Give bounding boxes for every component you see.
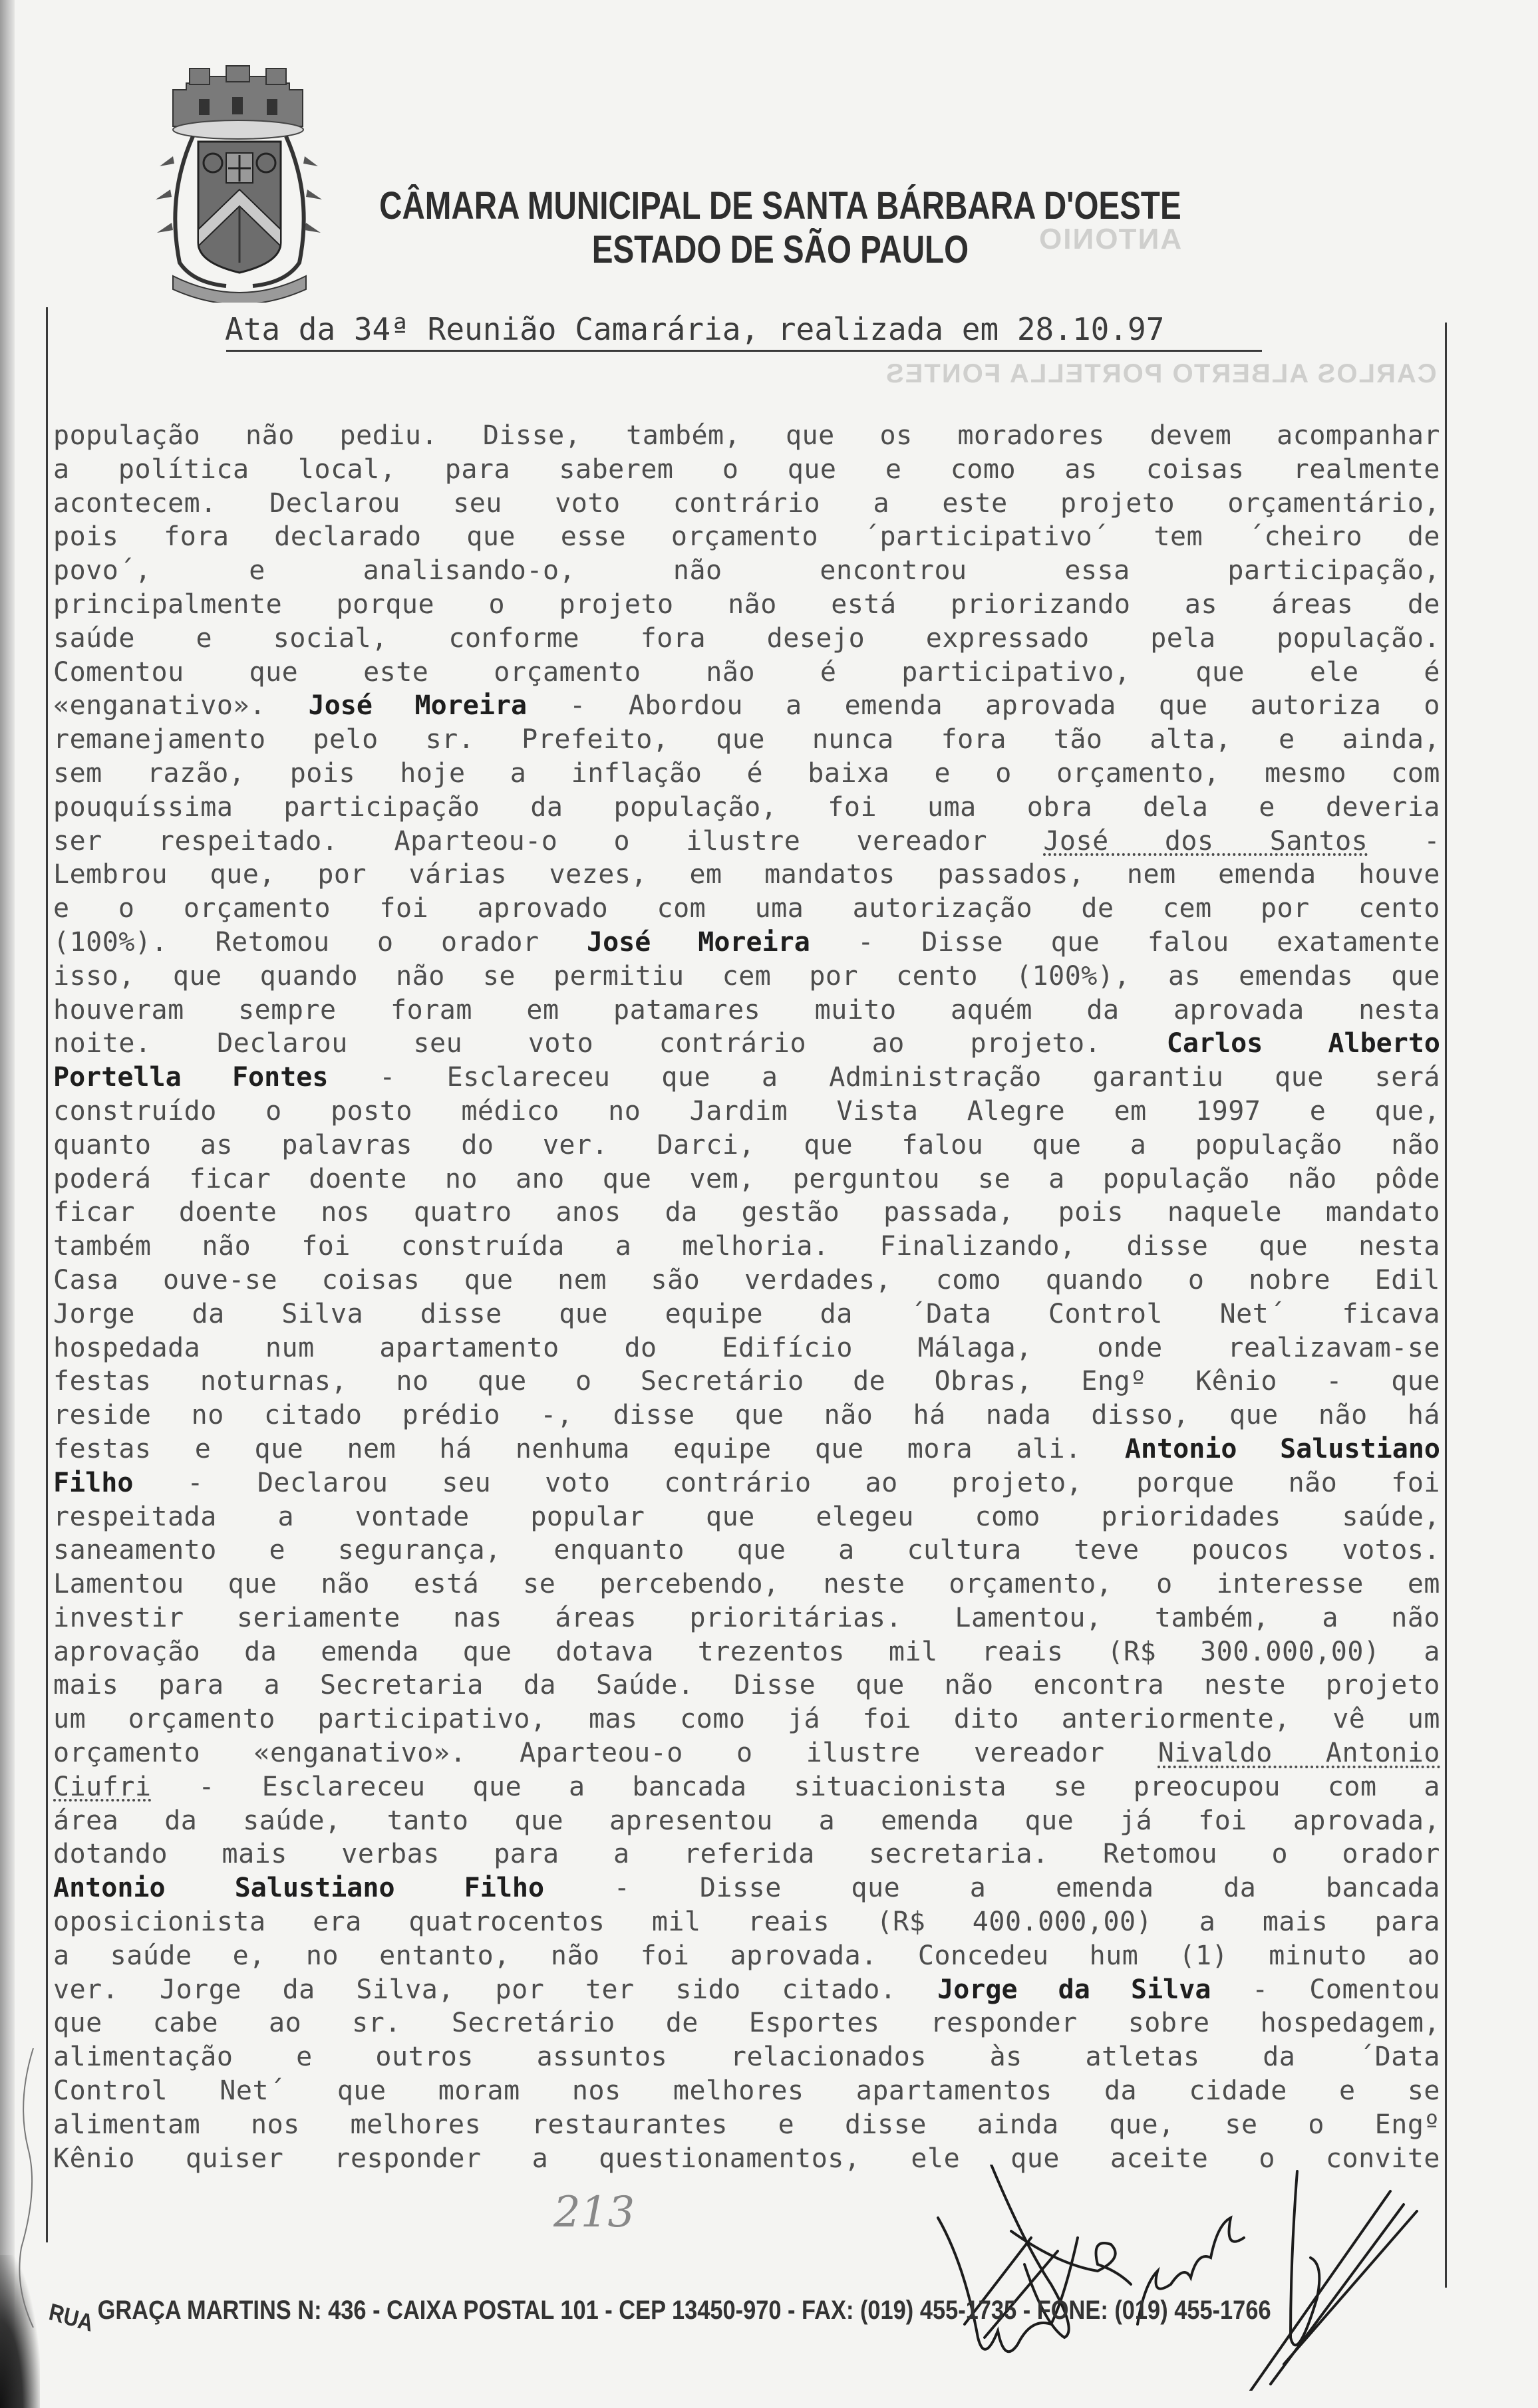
text-segment: reside no citado prédio -, disse que não… [53,1400,1440,1430]
text-line: sem razão, pois hoje a inflação é baixa … [53,757,1440,791]
text-segment: que cabe ao sr. Secretário de Esportes r… [53,2008,1440,2038]
text-line: orçamento «enganativo». Aparteou-o o ilu… [53,1736,1440,1770]
text-segment: Jorge da Silva disse que equipe da ´Data… [53,1299,1440,1329]
footer-address-text: GRAÇA MARTINS N: 436 - CAIXA POSTAL 101 … [91,2296,1271,2325]
speaker-name: Filho [53,1468,133,1498]
title-underline [226,350,1262,352]
text-segment: ver. Jorge da Silva, por ter sido citado… [53,1974,937,2005]
speaker-name: Carlos Alberto [1167,1028,1440,1059]
speaker-name: Jorge da Silva [937,1974,1211,2005]
text-segment: aprovação da emenda que dotava trezentos… [53,1637,1440,1667]
text-line: oposicionista era quatrocentos mil reais… [53,1905,1440,1939]
text-segment: alimentam nos melhores restaurantes e di… [53,2109,1440,2140]
text-line: respeitada a vontade popular que elegeu … [53,1500,1440,1534]
page-binding-edge [0,0,15,2408]
speaker-name: Antonio Salustiano [1125,1434,1440,1464]
text-line: aprovação da emenda que dotava trezentos… [53,1635,1440,1669]
text-segment: - Disse que falou exatamente [810,927,1440,958]
speaker-name: José Moreira [309,690,527,721]
text-segment: - Esclareceu que a bancada situacionista… [152,1772,1441,1802]
text-line: (100%). Retomou o orador José Moreira - … [53,926,1440,960]
text-segment: Comentou que este orçamento não é partic… [53,657,1440,688]
text-segment: pouquíssima participação da população, f… [53,792,1440,823]
text-segment: acontecem. Declarou seu voto contrário a… [53,488,1440,519]
text-segment: principalmente porque o projeto não está… [53,589,1440,620]
text-line: saúde e social, conforme fora desejo exp… [53,622,1440,656]
underlined-name: José dos Santos [1043,826,1368,857]
text-segment: Lamentou que não está se percebendo, nes… [53,1569,1440,1599]
text-line: «enganativo». José Moreira - Abordou a e… [53,689,1440,723]
text-segment: poderá ficar doente no ano que vem, perg… [53,1164,1440,1194]
text-segment: alimentação e outros assuntos relacionad… [53,2042,1440,2072]
text-line: remanejamento pelo sr. Prefeito, que nun… [53,723,1440,757]
text-line: isso, que quando não se permitiu cem por… [53,960,1440,994]
text-line: Jorge da Silva disse que equipe da ´Data… [53,1297,1440,1331]
text-line: alimentação e outros assuntos relacionad… [53,2040,1440,2074]
text-segment: Control Net´ que moram nos melhores apar… [53,2075,1440,2106]
text-segment: saúde e social, conforme fora desejo exp… [53,623,1440,654]
text-line: Filho - Declarou seu voto contrário ao p… [53,1466,1440,1500]
text-segment: festas noturnas, no que o Secretário de … [53,1366,1440,1397]
text-segment: ser respeitado. Aparteou-o o ilustre ver… [53,826,1043,857]
text-segment: povo´, e analisando-o, não encontrou ess… [53,555,1440,586]
text-segment: festas e que nem há nenhuma equipe que m… [53,1434,1125,1464]
text-line: dotando mais verbas para a referida secr… [53,1837,1440,1871]
text-line: Antonio Salustiano Filho - Disse que a e… [53,1871,1440,1905]
institution-name: CÂMARA MUNICIPAL DE SANTA BÁRBARA D'OEST… [150,184,1411,228]
text-line: festas e que nem há nenhuma equipe que m… [53,1432,1440,1466]
text-line: Lembrou que, por várias vezes, em mandat… [53,858,1440,892]
text-segment: - [1368,826,1440,857]
text-line: mais para a Secretaria da Saúde. Disse q… [53,1669,1440,1702]
text-segment: pois fora declarado que esse orçamento ´… [53,521,1440,552]
text-segment: (100%). Retomou o orador [53,927,587,958]
text-segment: sem razão, pois hoje a inflação é baixa … [53,758,1440,789]
text-line: também não foi construída a melhoria. Fi… [53,1230,1440,1264]
footer-street-prefix: RUA [47,2298,96,2338]
text-line: um orçamento participativo, mas como já … [53,1702,1440,1736]
bleed-through-text: CARLOS ALBERTO PORTELLA FONTES [885,359,1437,389]
speaker-name: Antonio Salustiano Filho [53,1873,544,1903]
text-line: ver. Jorge da Silva, por ter sido citado… [53,1973,1440,2007]
page-edge-curve [13,2048,40,2328]
text-line: principalmente porque o projeto não está… [53,588,1440,622]
text-line: povo´, e analisando-o, não encontrou ess… [53,554,1440,588]
text-segment: remanejamento pelo sr. Prefeito, que nun… [53,724,1440,755]
text-segment: - Esclareceu que a Administração garanti… [328,1062,1440,1093]
handwritten-page-number: 213 [553,2188,635,2237]
text-line: Comentou que este orçamento não é partic… [53,656,1440,690]
text-segment: e o orçamento foi aprovado com uma autor… [53,893,1440,924]
text-line: poderá ficar doente no ano que vem, perg… [53,1162,1440,1196]
handwritten-signatures-icon [925,2165,1490,2391]
text-segment: população não pediu. Disse, também, que … [53,420,1440,451]
text-segment: Casa ouve-se coisas que nem são verdades… [53,1265,1440,1295]
text-segment: mais para a Secretaria da Saúde. Disse q… [53,1670,1440,1700]
text-segment: dotando mais verbas para a referida secr… [53,1839,1440,1869]
speaker-name: José Moreira [587,927,810,958]
text-line: Lamentou que não está se percebendo, nes… [53,1567,1440,1601]
text-line: que cabe ao sr. Secretário de Esportes r… [53,2006,1440,2040]
text-segment: respeitada a vontade popular que elegeu … [53,1502,1440,1532]
text-line: área da saúde, tanto que apresentou a em… [53,1804,1440,1838]
text-segment: ficar doente nos quatro anos da gestão p… [53,1197,1440,1228]
text-segment: Lembrou que, por várias vezes, em mandat… [53,859,1440,890]
text-line: ficar doente nos quatro anos da gestão p… [53,1196,1440,1230]
text-segment: saneamento e segurança, enquanto que a c… [53,1535,1440,1565]
text-segment: quanto as palavras do ver. Darci, que fa… [53,1130,1440,1160]
text-line: a política local, para saberem o que e c… [53,453,1440,487]
text-segment: noite. Declarou seu voto contrário ao pr… [53,1028,1167,1059]
footer-address: RUA GRAÇA MARTINS N: 436 - CAIXA POSTAL … [47,2296,1271,2326]
text-line: a saúde e, no entanto, não foi aprovada.… [53,1939,1440,1973]
text-segment: construído o posto médico no Jardim Vist… [53,1096,1440,1127]
text-segment: «enganativo». [53,690,309,721]
text-line: pouquíssima participação da população, f… [53,791,1440,825]
text-line: Portella Fontes - Esclareceu que a Admin… [53,1061,1440,1095]
text-segment: isso, que quando não se permitiu cem por… [53,961,1440,992]
minutes-body: população não pediu. Disse, também, que … [53,419,1440,2175]
document-title: Ata da 34ª Reunião Camarária, realizada … [225,311,1164,347]
text-segment: orçamento «enganativo». Aparteou-o o ilu… [53,1738,1158,1768]
text-segment: a saúde e, no entanto, não foi aprovada.… [53,1940,1440,1971]
right-margin-rule [1445,323,1447,2288]
text-line: hospedada num apartamento do Edifício Má… [53,1331,1440,1365]
text-line: alimentam nos melhores restaurantes e di… [53,2108,1440,2142]
text-line: e o orçamento foi aprovado com uma autor… [53,892,1440,926]
left-margin-rule [46,307,48,2242]
text-line: acontecem. Declarou seu voto contrário a… [53,487,1440,521]
text-line: pois fora declarado que esse orçamento ´… [53,520,1440,554]
text-segment: a política local, para saberem o que e c… [53,454,1440,485]
text-segment: um orçamento participativo, mas como já … [53,1704,1440,1734]
institution-state: ESTADO DE SÃO PAULO [150,227,1411,272]
underlined-name: Ciufri [53,1772,152,1802]
text-segment: investir seriamente nas áreas prioritári… [53,1603,1440,1633]
underlined-name: Nivaldo Antonio [1158,1738,1440,1768]
text-segment: oposicionista era quatrocentos mil reais… [53,1907,1440,1937]
speaker-name: Portella Fontes [53,1062,328,1093]
text-line: investir seriamente nas áreas prioritári… [53,1601,1440,1635]
text-line: reside no citado prédio -, disse que não… [53,1399,1440,1432]
text-segment: houveram sempre foram em patamares muito… [53,995,1440,1025]
text-segment: - Comentou [1211,1974,1440,2005]
text-segment: hospedada num apartamento do Edifício Má… [53,1333,1440,1363]
text-line: Control Net´ que moram nos melhores apar… [53,2074,1440,2108]
text-line: Ciufri - Esclareceu que a bancada situac… [53,1770,1440,1804]
text-segment: - Disse que a emenda da bancada [544,1873,1440,1903]
text-line: houveram sempre foram em patamares muito… [53,994,1440,1027]
text-line: festas noturnas, no que o Secretário de … [53,1365,1440,1399]
text-line: quanto as palavras do ver. Darci, que fa… [53,1129,1440,1162]
text-line: Casa ouve-se coisas que nem são verdades… [53,1264,1440,1297]
text-line: construído o posto médico no Jardim Vist… [53,1095,1440,1129]
text-segment: também não foi construída a melhoria. Fi… [53,1231,1440,1262]
text-segment: - Declarou seu voto contrário ao projeto… [133,1468,1440,1498]
bleed-through-text: ANTONIO [1038,223,1181,256]
text-line: população não pediu. Disse, também, que … [53,419,1440,453]
text-line: ser respeitado. Aparteou-o o ilustre ver… [53,825,1440,859]
text-line: noite. Declarou seu voto contrário ao pr… [53,1027,1440,1061]
text-line: saneamento e segurança, enquanto que a c… [53,1534,1440,1567]
text-segment: - Abordou a emenda aprovada que autoriza… [527,690,1440,721]
text-segment: área da saúde, tanto que apresentou a em… [53,1806,1440,1836]
